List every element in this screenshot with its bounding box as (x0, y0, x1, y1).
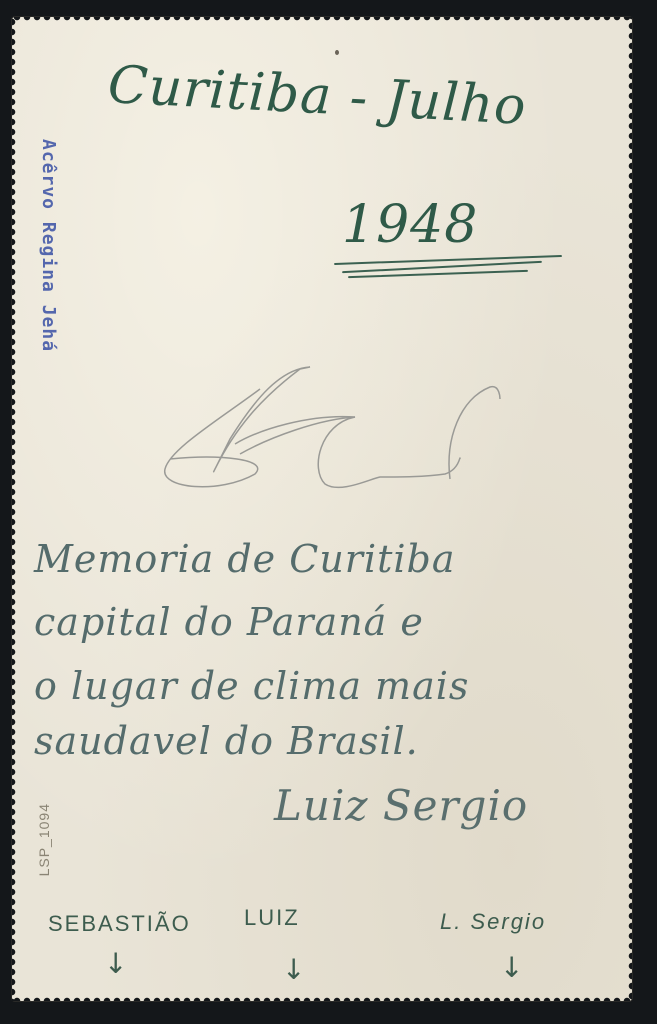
message-line-3: o lugar de clima mais (34, 664, 469, 708)
person-label-l-sergio: L. Sergio (440, 909, 546, 935)
arrow-down-icon: ↓ (282, 953, 305, 986)
message-line-1: Memoria de Curitiba (34, 537, 456, 581)
archive-stamp: Acêrvo Regina Jehá (38, 139, 59, 352)
arrow-down-icon: ↓ (500, 951, 523, 984)
scalloped-edge-bottom (12, 995, 632, 1001)
pencil-scribble-icon (160, 359, 510, 499)
person-label-sebastiao: SEBASTIÃO (48, 911, 191, 937)
scalloped-edge-left (12, 17, 18, 1001)
pin-hole (335, 50, 339, 55)
person-label-luiz: LUIZ (244, 905, 300, 931)
catalog-number: LSP_1094 (36, 803, 52, 876)
year-heading: 1948 (342, 195, 478, 255)
scalloped-edge-top (12, 17, 632, 23)
message-line-4: saudavel do Brasil. (34, 719, 419, 763)
signature: Luiz Sergio (274, 781, 528, 830)
message-line-2: capital do Paraná e (34, 600, 424, 644)
scalloped-edge-right (626, 17, 632, 1001)
photo-card-reverse: Curitiba - Julho 1948 Acêrvo Regina Jehá… (12, 17, 632, 1001)
place-date-heading: Curitiba - Julho (106, 55, 528, 137)
arrow-down-icon: ↓ (104, 947, 127, 980)
